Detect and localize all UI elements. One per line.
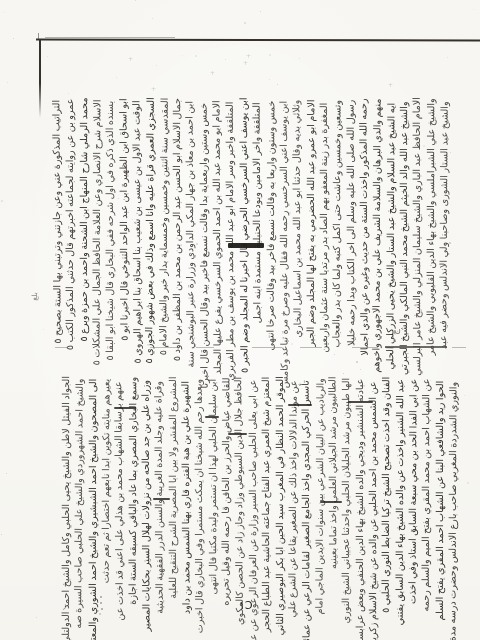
speck (85, 218, 87, 220)
manuscript-line: السجزي العمري قراة عليه وانا اسمع وذلك ف… (144, 97, 159, 334)
speck (360, 369, 361, 370)
speck (144, 560, 146, 562)
speck (7, 82, 8, 83)
manuscript-line: وتسعين وخمسين وعاشت حتى اكمل كتبه ولما ك… (331, 97, 345, 334)
manuscript-line: ابن احمد بن معاذ بن جهار المكي الداودي و… (184, 97, 198, 334)
speck (156, 65, 157, 66)
speck (289, 212, 291, 214)
ink-dash (153, 498, 170, 500)
manuscript-line: ايه الشيخ عبد السلام والشيخ عبد الستار و… (384, 97, 399, 334)
manuscript-line: وثلاثي بديه وقال حدثنا ابو عبد الله محمد… (290, 97, 305, 334)
speck (244, 22, 246, 24)
catchword-mark: بلغ (30, 292, 39, 301)
manuscript-line: والشيخ عبد الستار الشورى وصاحبنا ولي الا… (437, 97, 452, 334)
ink-dash (228, 433, 247, 435)
manuscript-line: ابن سليمان الحلبي لهذا ان تستمر وليدة مك… (207, 376, 221, 608)
speck (269, 79, 270, 80)
speck (43, 329, 44, 330)
manuscript-line: تأسس الحركي المجدي واخذ الجامع الصغير لق… (300, 376, 314, 608)
manuscript-line: الفنان وقد اخذت تصحيح الشيخ تركيا الضابط… (380, 376, 394, 608)
manuscript-line: الحافظ جلال الدين السيوطي وزاد وجاز زاد … (233, 376, 248, 608)
manuscript-line: الى المصحون والشيخ احمد الشبشيري والشيخ … (87, 376, 101, 608)
speck (68, 93, 69, 94)
manuscript-line: الاسلام شرح الانصاري وعن العلامة الحافظ … (91, 97, 105, 334)
ink-dash (228, 243, 264, 248)
speck (1, 200, 3, 202)
manuscript-line: عنهم برسابقا الشهاب محمد بن هذلي على اعن… (113, 376, 128, 608)
speck (135, 0, 136, 1)
manuscript-line: والرباديب عن البيان الشرعي بين سنوات الا… (313, 376, 328, 608)
speck (464, 395, 465, 396)
speck (215, 480, 216, 481)
speck (467, 482, 469, 484)
manuscript-line: الامام ابو عمرو عبد الله الحضرمي به يفتح… (304, 97, 318, 334)
manuscript-line: ابن يوسف اعني السرخسي الحرضي قال اخبرنا … (237, 97, 251, 334)
frame-corner-stub (38, 33, 39, 40)
manuscript-line: المتلقفة واخبر وسر الامام ابو عبد الله م… (224, 97, 238, 334)
manuscript-line: عن ابي الفدا الحد بن محي سبعة السابق است… (406, 376, 421, 608)
manuscript-line: عن الشهاب احمد بن محمد المقري بفتح الميم… (420, 376, 434, 608)
speck (140, 514, 141, 515)
manuscript-line: جمال الاسلام ابو الحسن عبد الرحمن بن محم… (171, 97, 185, 334)
dotted-smudge-mark (100, 596, 102, 598)
manuscript-line: الامام الحافظ عبد الباري والشيخ سليمان ا… (411, 97, 425, 334)
crease-segment (196, 347, 214, 348)
speck (329, 128, 330, 129)
manuscript-line: محمد الرملي شارح المنهاج ابن الشحنة واحم… (78, 97, 92, 334)
ink-dash (320, 501, 342, 503)
manuscript-line: التراتيب المذكورة عني وعن جازتني وترتبني… (50, 97, 65, 334)
manuscript-line: الحوا ريد والشافعي البنا عن الشهاب احمد … (434, 376, 448, 608)
speck (294, 501, 296, 503)
manuscript-line: المشروع المقشر ولا بين ابا المصرية الشرح… (167, 376, 180, 608)
frame-border-left (39, 40, 41, 118)
speck (343, 373, 344, 374)
speck (291, 343, 293, 345)
speck (36, 617, 37, 618)
speck (334, 354, 335, 355)
manuscript-line: والنوري الشدردة المغربي صاحب بارع الاندل… (446, 376, 460, 608)
speck (379, 590, 381, 592)
manuscript-line: عن موندا الدلالات واخذ ذلك عن الصغير بقا… (286, 376, 301, 608)
speck (186, 476, 187, 477)
speck (116, 77, 117, 78)
speck (299, 58, 300, 59)
speck (152, 18, 153, 19)
speck (447, 57, 448, 58)
speck (167, 220, 168, 221)
manuscript-line: المقدسي سنة اثنتين وخمسين وخمسماية بدار … (157, 97, 172, 334)
speck (225, 59, 226, 60)
speck (250, 200, 251, 201)
crease-segment (452, 347, 466, 348)
crease-segment (300, 347, 322, 348)
crease-segment (352, 347, 378, 348)
crease-segment (150, 347, 178, 348)
speck (1, 534, 2, 535)
manuscript-line: عبادته الشنشير وديجي والده الشيخ بهاء ال… (354, 376, 367, 608)
speck (319, 227, 321, 229)
manuscript-line: عن الشمس محمد بن احمد الحلبي عن والده عن… (367, 376, 381, 608)
manuscript-line: والشيخ احمد الشهروردي والشيخ علي الحلبي … (73, 376, 88, 608)
faint-cross-speck: + (243, 61, 248, 67)
manuscript-line: المعتزم شيخ العمري عبد الفتاح جماعته الح… (260, 376, 274, 608)
manuscript-line: خمس وستون واربعا به وقالت نسمع فاخر بيد … (264, 97, 278, 334)
manuscript-line: بسنده الذي ذكره في اول شرحه ففي البخاري … (104, 97, 117, 334)
speck (269, 54, 271, 56)
crease-segment (252, 347, 282, 348)
manuscript-line: المغفرة بدر زينة المعفو بهم الصاد بدر مر… (318, 97, 332, 334)
manuscript-line: الجواد الفيثل لاطن والشيخ يحيى الحلبي وك… (60, 376, 74, 608)
speck (175, 296, 176, 297)
frame-border-top-echo (45, 37, 175, 38)
manuscript-line: الطالبيون مرشد الجيلاني العلمي واخذ تمام… (326, 376, 340, 608)
text-block-upper: التراتيب المذكورة عني وعن جازتني وترتبني… (51, 97, 451, 334)
faint-cross-speck: + (388, 83, 393, 89)
crease-segment (385, 346, 447, 348)
text-block-lower: الجواد الفيثل لاطن والشيخ يحيى الحلبي وك… (60, 376, 460, 608)
speck (312, 148, 313, 149)
crease-segment (55, 347, 67, 348)
divider-margin-mark: ج (391, 329, 401, 335)
ink-dash (288, 404, 312, 406)
manuscript-line: الموقر الحمد النظار في المغرب سيد الحين … (273, 376, 287, 608)
manuscript-line: منهم والدي البرهان والسلامة الشريف علي ب… (371, 97, 386, 334)
manuscript-line: وقراة عليه وجلد المدة الغريبة والسنن الد… (153, 376, 168, 608)
manuscript-line: عبد الله الشنير واخذت عن والده الشيخ بها… (393, 376, 407, 608)
manuscript-line: خمس وستين واربعماية بدا وقالت نسمع فاخبر… (197, 97, 211, 334)
manuscript-line: عن ابي يعلى الحلبي صاحب السير وزارة عن ا… (247, 376, 261, 608)
speck (205, 292, 206, 293)
manuscript-line: ابو اسحاق ابن الظهيرة ابن عبد الواحد الت… (117, 97, 131, 334)
speck (6, 473, 7, 474)
speck (13, 38, 14, 39)
manuscript-line: والشيخ علي الشبراملسي والشيخ بهاء الدين … (424, 97, 438, 334)
ink-dash (205, 416, 219, 418)
ink-dash (114, 407, 136, 409)
manuscript-line: وبعدها رحم الله شيخنا ان يمكث مستمرا وفي… (193, 376, 207, 608)
speck (47, 56, 48, 57)
manuscript-scan-page: التراتيب المذكورة عني وعن جازتني وترتبني… (0, 0, 480, 640)
faint-cross-speck: + (151, 87, 156, 93)
manuscript-line: الها طيبون مرشد الجليلان الحلبي واحدثنا … (340, 376, 354, 608)
speck (4, 12, 5, 13)
faint-cross-speck: + (210, 71, 215, 77)
manuscript-line: والشيخ عبد الله والد الخيثم الشيخ محمد ا… (398, 97, 412, 334)
speck (473, 9, 474, 10)
manuscript-line: وسمع البخاري المصري بما عاد والباقي كسبق… (126, 376, 140, 608)
frame-border-top-heavy (250, 40, 478, 41)
page-number-mark: ١Ɔ (239, 599, 254, 612)
speck (277, 84, 278, 85)
speck (260, 11, 261, 12)
ink-dash (348, 401, 373, 403)
speck (182, 55, 183, 56)
manuscript-line: رسول الله صلى الله عليه وسلم الى اخر الك… (344, 97, 358, 334)
speck (119, 255, 120, 256)
speck (122, 315, 123, 316)
manuscript-line: عمرو بن عن روايته لجماعته اخبرتهم قال حد… (64, 97, 77, 334)
speck (356, 361, 358, 363)
manuscript-line: المتلقفة واخر الامامين وبودعا الحنبلية م… (251, 97, 265, 334)
speck (195, 55, 197, 57)
speck (231, 291, 232, 292)
faint-cross-speck: + (128, 57, 133, 63)
